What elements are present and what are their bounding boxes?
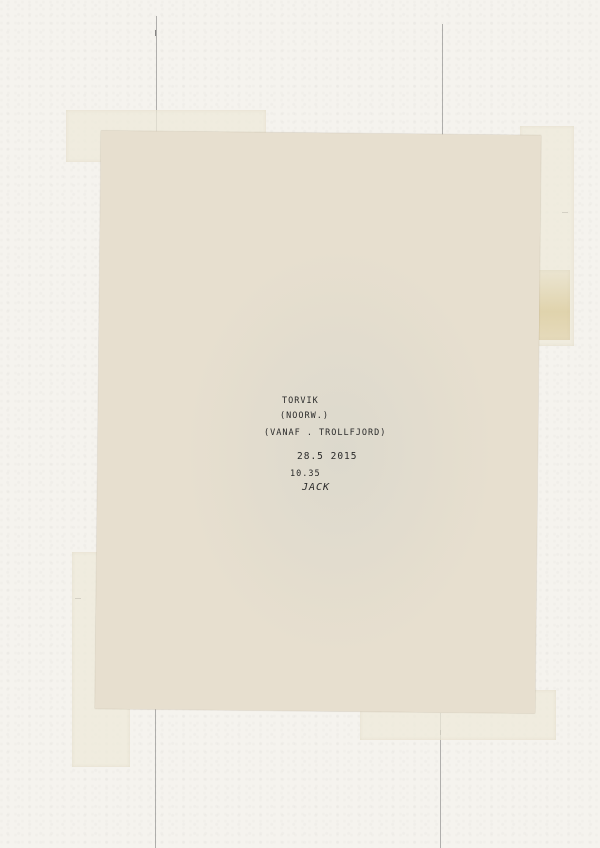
mounted-beige-sheet <box>95 131 541 714</box>
annotation-signature: JACK <box>302 482 330 493</box>
margin-tick-mark <box>155 30 156 36</box>
show-through-shadow <box>95 131 541 714</box>
guide-line-right-top <box>442 24 443 139</box>
annotation-date: 28.5 2015 <box>297 451 357 462</box>
annotation-viewpoint: (VANAF . TROLLFJORD) <box>264 428 386 438</box>
annotation-location: TORVIK <box>282 396 319 406</box>
annotation-time: 10.35 <box>290 469 321 479</box>
annotation-country: (NOORW.) <box>280 411 329 421</box>
guide-line-left-bottom <box>155 707 156 848</box>
